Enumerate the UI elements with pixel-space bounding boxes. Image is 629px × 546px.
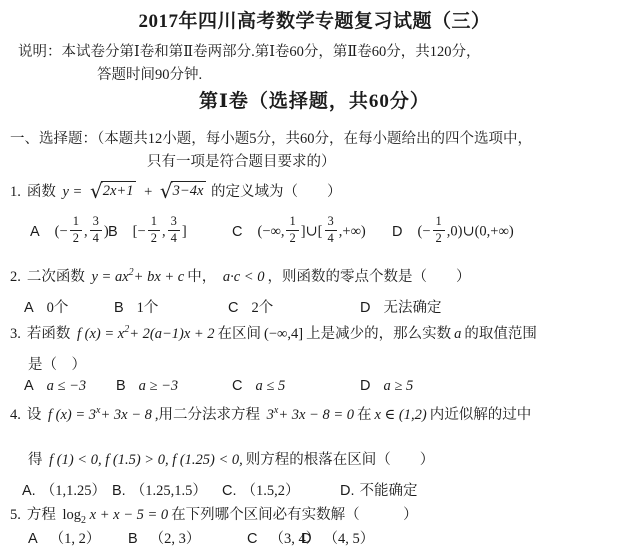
stem-text: 的取值范围	[464, 326, 537, 342]
numerator: 1	[286, 214, 298, 231]
q3-option-c: Ca ≤ 5	[232, 378, 285, 395]
option-value: （4, 5）	[323, 531, 374, 546]
math-variable: a	[454, 326, 461, 342]
option-label: C	[247, 531, 257, 546]
math-text: f (x) = x	[77, 326, 124, 342]
q5-option-a: A（1, 2）	[28, 527, 100, 546]
math-expression: f (x) = x2+ 2(a−1)x + 2	[77, 326, 215, 342]
math-text: y = ax	[92, 269, 129, 285]
denominator: 2	[433, 231, 445, 247]
note-line-2: 答题时间90分钟.	[97, 63, 202, 84]
option-value: 0个	[47, 300, 69, 316]
option-label: B	[116, 378, 126, 394]
q2-option-d: D无法确定	[360, 296, 441, 317]
option-label: B	[108, 224, 118, 240]
math-equation: 3x+ 3x − 8 = 0	[267, 407, 354, 423]
stem-text: 方程	[27, 507, 56, 523]
option-label: D.	[340, 483, 355, 499]
q2-option-b: B1个	[114, 296, 158, 317]
stem-text: 函数	[27, 184, 56, 200]
q2-option-a: A0个	[24, 296, 68, 317]
math-expression: f (x) = 3x+ 3x − 8	[48, 407, 152, 423]
option-value: 1个	[137, 300, 159, 316]
option-label: A.	[22, 483, 36, 499]
question-5-number: 5.	[10, 507, 21, 523]
denominator: 4	[325, 231, 337, 247]
option-label: C	[228, 300, 238, 316]
stem-text: 设	[27, 407, 42, 423]
option-label: D	[392, 224, 402, 240]
option-value: 不能确定	[360, 483, 418, 499]
math-text: ,0)∪(0,+∞)	[447, 223, 514, 239]
stem-text: 若函数	[27, 326, 71, 342]
denominator: 2	[148, 231, 160, 247]
math-text: ,	[162, 223, 166, 239]
q3-option-b: Ba ≥ −3	[116, 378, 178, 395]
stem-text: ，则函数的零点个数是（ ）	[267, 269, 470, 285]
option-label: B	[128, 531, 138, 546]
question-4-number: 4.	[10, 407, 21, 423]
stem-text: 的定义域为（ ）	[211, 184, 342, 200]
section-heading: 第Ⅰ卷（选择题，共60分）	[0, 86, 629, 113]
question-5-stem: 5.方程 log2 x + x − 5 = 0在下列哪个区间必有实数解（ ）	[10, 503, 418, 524]
q1-option-c: C(−∞,12]∪[34,+∞)	[232, 210, 366, 254]
stem-text: 中，	[187, 269, 216, 285]
question-2-number: 2.	[10, 269, 21, 285]
fraction: 12	[148, 214, 160, 246]
numerator: 1	[148, 214, 160, 231]
fraction: 34	[325, 214, 337, 246]
question-1-options: A(−12,34) B[−12,34] C(−∞,12]∪[34,+∞) D(−…	[0, 210, 629, 254]
question-4-stem-line2: 得 f (1) < 0, f (1.5) > 0, f (1.25) < 0,则…	[28, 448, 434, 469]
question-3-stem-line2: 是（ ）	[28, 353, 86, 374]
option-value: (−12,34)	[55, 216, 109, 248]
square-root-2: √3−4x	[160, 181, 206, 201]
option-label: A	[24, 378, 34, 394]
fraction: 12	[433, 214, 445, 246]
log-base: 2	[81, 515, 86, 526]
instructions-line-1: 一、选择题：（本题共12小题，每小题5分，共60分，在每小题给出的四个选项中，	[10, 127, 532, 148]
option-label: B.	[112, 483, 126, 499]
option-value: (−∞,12]∪[34,+∞)	[257, 216, 365, 248]
fraction: 34	[168, 214, 180, 246]
math-text: ,	[84, 223, 88, 239]
math-text: ,+∞)	[339, 223, 366, 239]
numerator: 3	[90, 214, 102, 231]
math-text: 3	[267, 407, 274, 423]
option-value: （1.25,1.5）	[131, 483, 207, 499]
math-text: + 3x − 8 = 0	[278, 407, 354, 423]
option-value: [−12,34]	[133, 216, 187, 248]
math-text: ]∪[	[301, 223, 323, 239]
option-label: D	[301, 531, 311, 546]
denominator: 4	[168, 231, 180, 247]
stem-text: 得	[28, 452, 43, 468]
math-equation: log2 x + x − 5 = 0	[63, 507, 169, 523]
math-values: f (1) < 0, f (1.5) > 0, f (1.25) < 0,	[49, 452, 243, 468]
stem-text: 则方程的根落在区间（ ）	[246, 452, 435, 468]
numerator: 3	[325, 214, 337, 231]
question-3-options: Aa ≤ −3 Ba ≥ −3 Ca ≤ 5 Da ≥ 5	[0, 378, 629, 400]
stem-text: 上是减少的，那么实数	[306, 326, 451, 342]
option-label: C.	[222, 483, 237, 499]
option-label: A	[30, 224, 40, 240]
question-4-stem: 4.设 f (x) = 3x+ 3x − 8,用二分法求方程 3x+ 3x − …	[10, 403, 531, 424]
option-label: B	[114, 300, 124, 316]
q1-option-d: D(−12,0)∪(0,+∞)	[392, 210, 514, 254]
radicand: 2x+1	[101, 181, 137, 200]
math-text: + 3x − 8	[100, 407, 151, 423]
q4-option-d: D.不能确定	[340, 479, 418, 500]
numerator: 3	[168, 214, 180, 231]
option-label: A	[28, 531, 38, 546]
q1-option-b: B[−12,34]	[108, 210, 187, 254]
denominator: 2	[286, 231, 298, 247]
option-value: 2个	[251, 300, 273, 316]
fraction: 12	[70, 214, 82, 246]
numerator: 1	[70, 214, 82, 231]
math-text: f (x) = 3	[48, 407, 96, 423]
question-1-number: 1.	[10, 184, 21, 200]
stem-text: 内近似解的过中	[430, 407, 532, 423]
q1-option-a: A(−12,34)	[30, 210, 109, 254]
q3-option-a: Aa ≤ −3	[24, 378, 86, 395]
option-label: A	[24, 300, 34, 316]
option-label: D	[360, 300, 370, 316]
math-text: + 2(a−1)x + 2	[129, 326, 214, 342]
option-value: （1.5,2）	[242, 483, 300, 499]
option-value: a ≥ 5	[383, 378, 413, 394]
math-text: [−	[133, 223, 146, 239]
stem-text: 二次函数	[27, 269, 85, 285]
question-3-stem: 3.若函数 f (x) = x2+ 2(a−1)x + 2在区间(−∞,4]上是…	[10, 322, 537, 343]
option-label: C	[232, 224, 242, 240]
math-text: ]	[182, 223, 187, 239]
q5-option-b: B（2, 3）	[128, 527, 200, 546]
fraction: 34	[90, 214, 102, 246]
stem-text: ,用二分法求方程	[155, 407, 260, 423]
math-text: (−	[417, 223, 430, 239]
question-2-stem: 2.二次函数 y = ax2+ bx + c中， a·c < 0，则函数的零点个…	[10, 265, 470, 286]
exam-document: 2017年四川高考数学专题复习试题（三） 说明：本试卷分第Ⅰ卷和第Ⅱ卷两部分.第…	[0, 0, 629, 546]
math-text: + bx + c	[134, 269, 185, 285]
note-line-1: 说明：本试卷分第Ⅰ卷和第Ⅱ卷两部分.第Ⅰ卷60分，第Ⅱ卷60分，共120分，	[18, 40, 481, 61]
option-value: （1,1.25）	[41, 483, 106, 499]
math-condition: a·c < 0	[223, 269, 265, 285]
option-value: (−12,0)∪(0,+∞)	[417, 216, 513, 248]
stem-text: 在区间	[218, 326, 262, 342]
option-value: a ≤ 5	[255, 378, 285, 394]
square-root-1: √2x+1	[90, 181, 136, 201]
option-label: C	[232, 378, 242, 394]
option-value: （2, 3）	[150, 531, 201, 546]
math-text: log	[63, 507, 82, 523]
option-value: a ≤ −3	[47, 378, 87, 394]
stem-text: 在	[357, 407, 372, 423]
math-expression: y =	[63, 184, 83, 200]
q4-option-c: C.（1.5,2）	[222, 479, 300, 500]
q5-option-d: D（4, 5）	[301, 527, 374, 546]
q2-option-c: C2个	[228, 296, 273, 317]
math-domain: x ∈ (1,2)	[375, 407, 427, 423]
q3-option-d: Da ≥ 5	[360, 378, 413, 395]
option-value: 无法确定	[383, 300, 441, 316]
question-5-options: A（1, 2） B（2, 3） C（3, 4） D（4, 5）	[0, 527, 629, 546]
question-3-number: 3.	[10, 326, 21, 342]
denominator: 2	[70, 231, 82, 247]
option-value: a ≥ −3	[139, 378, 179, 394]
math-operator: +	[144, 184, 152, 200]
radicand: 3−4x	[171, 181, 207, 200]
math-text: (−	[55, 223, 68, 239]
math-text: x + x − 5 = 0	[90, 507, 168, 523]
question-4-options: A.（1,1.25） B.（1.25,1.5） C.（1.5,2） D.不能确定	[0, 479, 629, 501]
math-interval: (−∞,4]	[264, 326, 303, 342]
denominator: 4	[90, 231, 102, 247]
exam-title: 2017年四川高考数学专题复习试题（三）	[0, 6, 629, 33]
option-value: （1, 2）	[50, 531, 101, 546]
stem-text: 在下列哪个区间必有实数解（ ）	[171, 507, 418, 523]
fraction: 12	[286, 214, 298, 246]
math-text: (−∞,	[257, 223, 284, 239]
math-expression: y = ax2+ bx + c	[92, 269, 185, 285]
option-label: D	[360, 378, 370, 394]
question-1-stem: 1.函数 y = √2x+1 + √3−4x 的定义域为（ ）	[10, 180, 342, 203]
q4-option-a: A.（1,1.25）	[22, 479, 106, 500]
instructions-line-2: 只有一项是符合题目要求的）	[147, 150, 336, 171]
q4-option-b: B.（1.25,1.5）	[112, 479, 207, 500]
numerator: 1	[433, 214, 445, 231]
question-2-options: A0个 B1个 C2个 D无法确定	[0, 296, 629, 318]
